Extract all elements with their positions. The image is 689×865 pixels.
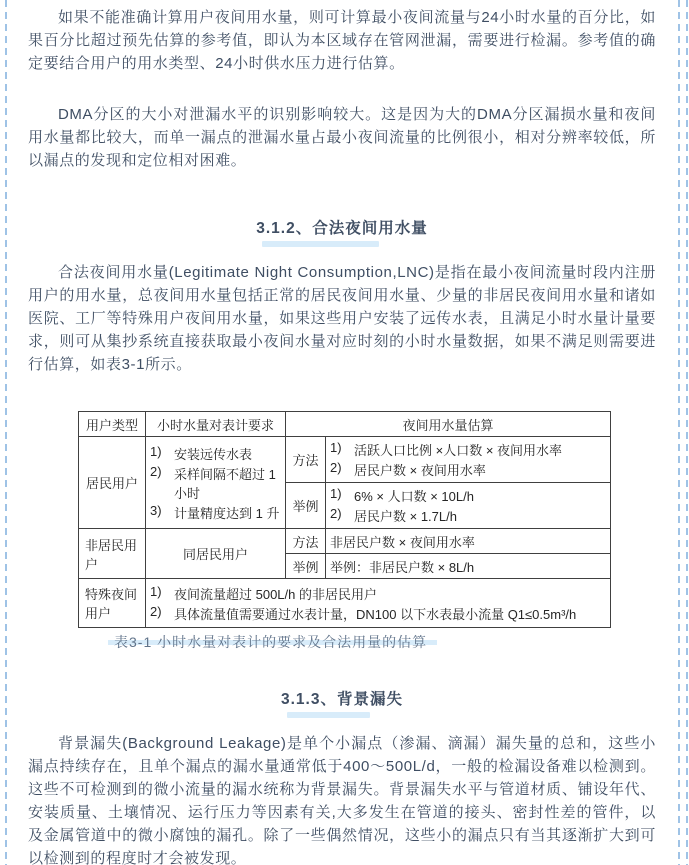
example-item: 1) 6% × 人口数 × 10L/h: [330, 486, 606, 505]
cell-nonresident-user-type: 非居民用户: [79, 529, 146, 579]
item-text: 安装远传水表: [174, 444, 281, 463]
document-page: 如果不能准确计算用户夜间用水量，则可计算最小夜间流量与24小时水量的百分比，如果…: [6, 0, 678, 865]
item-number: 2): [150, 604, 174, 619]
table-header-row: 用户类型 小时水量对表计要求 夜间用水量估算: [79, 412, 611, 437]
paragraph-night-flow-percentage: 如果不能准确计算用户夜间用水量，则可计算最小夜间流量与24小时水量的百分比，如果…: [28, 6, 656, 75]
section-heading-3-1-3: 3.1.3、背景漏失: [28, 687, 656, 709]
table-3-1: 用户类型 小时水量对表计要求 夜间用水量估算 居民用户 1) 安装远传水表 2)…: [78, 411, 611, 628]
item-text: 6% × 人口数 × 10L/h: [354, 486, 606, 505]
item-number: 3): [150, 503, 174, 518]
section-heading-3-1-2-title: 3.1.2、合法夜间用水量: [256, 216, 427, 238]
heading-underline-highlight: [287, 712, 370, 718]
table-row-resident-method: 居民用户 1) 安装远传水表 2) 采样间隔不超过 1 小时 3) 计量精度达到…: [79, 437, 611, 483]
cell-resident-methods: 1) 活跃人口比例 ×人口数 × 夜间用水率 2) 居民户数 × 夜间用水率: [326, 437, 611, 483]
section-heading-3-1-2: 3.1.2、合法夜间用水量: [28, 216, 656, 238]
cell-resident-example-label: 举例: [286, 483, 326, 529]
item-number: 1): [330, 440, 354, 455]
cell-special-items: 1) 夜间流量超过 500L/h 的非居民用户 2) 具体流量值需要通过水表计量…: [146, 579, 611, 628]
paragraph-background-leakage: 背景漏失(Background Leakage)是单个小漏点（渗漏、滴漏）漏失量…: [28, 732, 656, 865]
cell-nonresident-method-label: 方法: [286, 529, 326, 554]
method-item: 2) 居民户数 × 夜间用水率: [330, 460, 606, 479]
item-text: 具体流量值需要通过水表计量，DN100 以下水表最小流量 Q1≤0.5m³/h: [174, 604, 606, 623]
item-text: 居民户数 × 夜间用水率: [354, 460, 606, 479]
cell-nonresident-example-label: 举例: [286, 554, 326, 579]
table-row-nonresident-method: 非居民用户 同居民用户 方法 非居民户数 × 夜间用水率: [79, 529, 611, 554]
table-caption: 表3-1 小时水量对表计的要求及合法用量的估算: [108, 640, 437, 645]
page-border-dashed-right-inner: [678, 0, 680, 865]
special-item: 1) 夜间流量超过 500L/h 的非居民用户: [150, 584, 606, 603]
cell-nonresident-method: 非居民户数 × 夜间用水率: [326, 529, 611, 554]
requirement-item: 3) 计量精度达到 1 升: [150, 503, 281, 522]
item-text: 采样间隔不超过 1 小时: [174, 464, 281, 502]
item-number: 1): [150, 444, 174, 459]
page-border-dashed-right-outer: [686, 0, 688, 865]
header-night-estimation: 夜间用水量估算: [286, 412, 611, 437]
cell-nonresident-requirement: 同居民用户: [146, 529, 286, 579]
item-text: 计量精度达到 1 升: [174, 503, 281, 522]
heading-text: 3.1.3、背景漏失: [281, 691, 403, 708]
requirement-item: 1) 安装远传水表: [150, 444, 281, 463]
heading-underline-highlight: [262, 241, 379, 247]
item-number: 2): [330, 506, 354, 521]
cell-special-user-type: 特殊夜间用户: [79, 579, 146, 628]
header-user-type: 用户类型: [79, 412, 146, 437]
paragraph-lnc-definition: 合法夜间用水量(Legitimate Night Consumption,LNC…: [28, 261, 656, 376]
header-meter-requirement: 小时水量对表计要求: [146, 412, 286, 437]
item-number: 2): [330, 460, 354, 475]
section-heading-3-1-3-title: 3.1.3、背景漏失: [281, 687, 403, 709]
cell-resident-method-label: 方法: [286, 437, 326, 483]
table-caption-row: 表3-1 小时水量对表计的要求及合法用量的估算: [28, 628, 656, 645]
heading-text: 3.1.2、合法夜间用水量: [256, 220, 427, 237]
table-row-special-users: 特殊夜间用户 1) 夜间流量超过 500L/h 的非居民用户 2) 具体流量值需…: [79, 579, 611, 628]
example-item: 2) 居民户数 × 1.7L/h: [330, 506, 606, 525]
item-text: 夜间流量超过 500L/h 的非居民用户: [174, 584, 606, 603]
cell-resident-requirements: 1) 安装远传水表 2) 采样间隔不超过 1 小时 3) 计量精度达到 1 升: [146, 437, 286, 529]
paragraph-dma-size: DMA分区的大小对泄漏水平的识别影响较大。这是因为大的DMA分区漏损水量和夜间用…: [28, 103, 656, 172]
item-text: 居民户数 × 1.7L/h: [354, 506, 606, 525]
method-item: 1) 活跃人口比例 ×人口数 × 夜间用水率: [330, 440, 606, 459]
cell-resident-examples: 1) 6% × 人口数 × 10L/h 2) 居民户数 × 1.7L/h: [326, 483, 611, 529]
item-text: 活跃人口比例 ×人口数 × 夜间用水率: [354, 440, 606, 459]
special-item: 2) 具体流量值需要通过水表计量，DN100 以下水表最小流量 Q1≤0.5m³…: [150, 604, 606, 623]
item-number: 2): [150, 464, 174, 479]
item-number: 1): [330, 486, 354, 501]
item-number: 1): [150, 584, 174, 599]
cell-resident-user-type: 居民用户: [79, 437, 146, 529]
requirement-item: 2) 采样间隔不超过 1 小时: [150, 464, 281, 502]
cell-nonresident-example: 举例：非居民户数 × 8L/h: [326, 554, 611, 579]
